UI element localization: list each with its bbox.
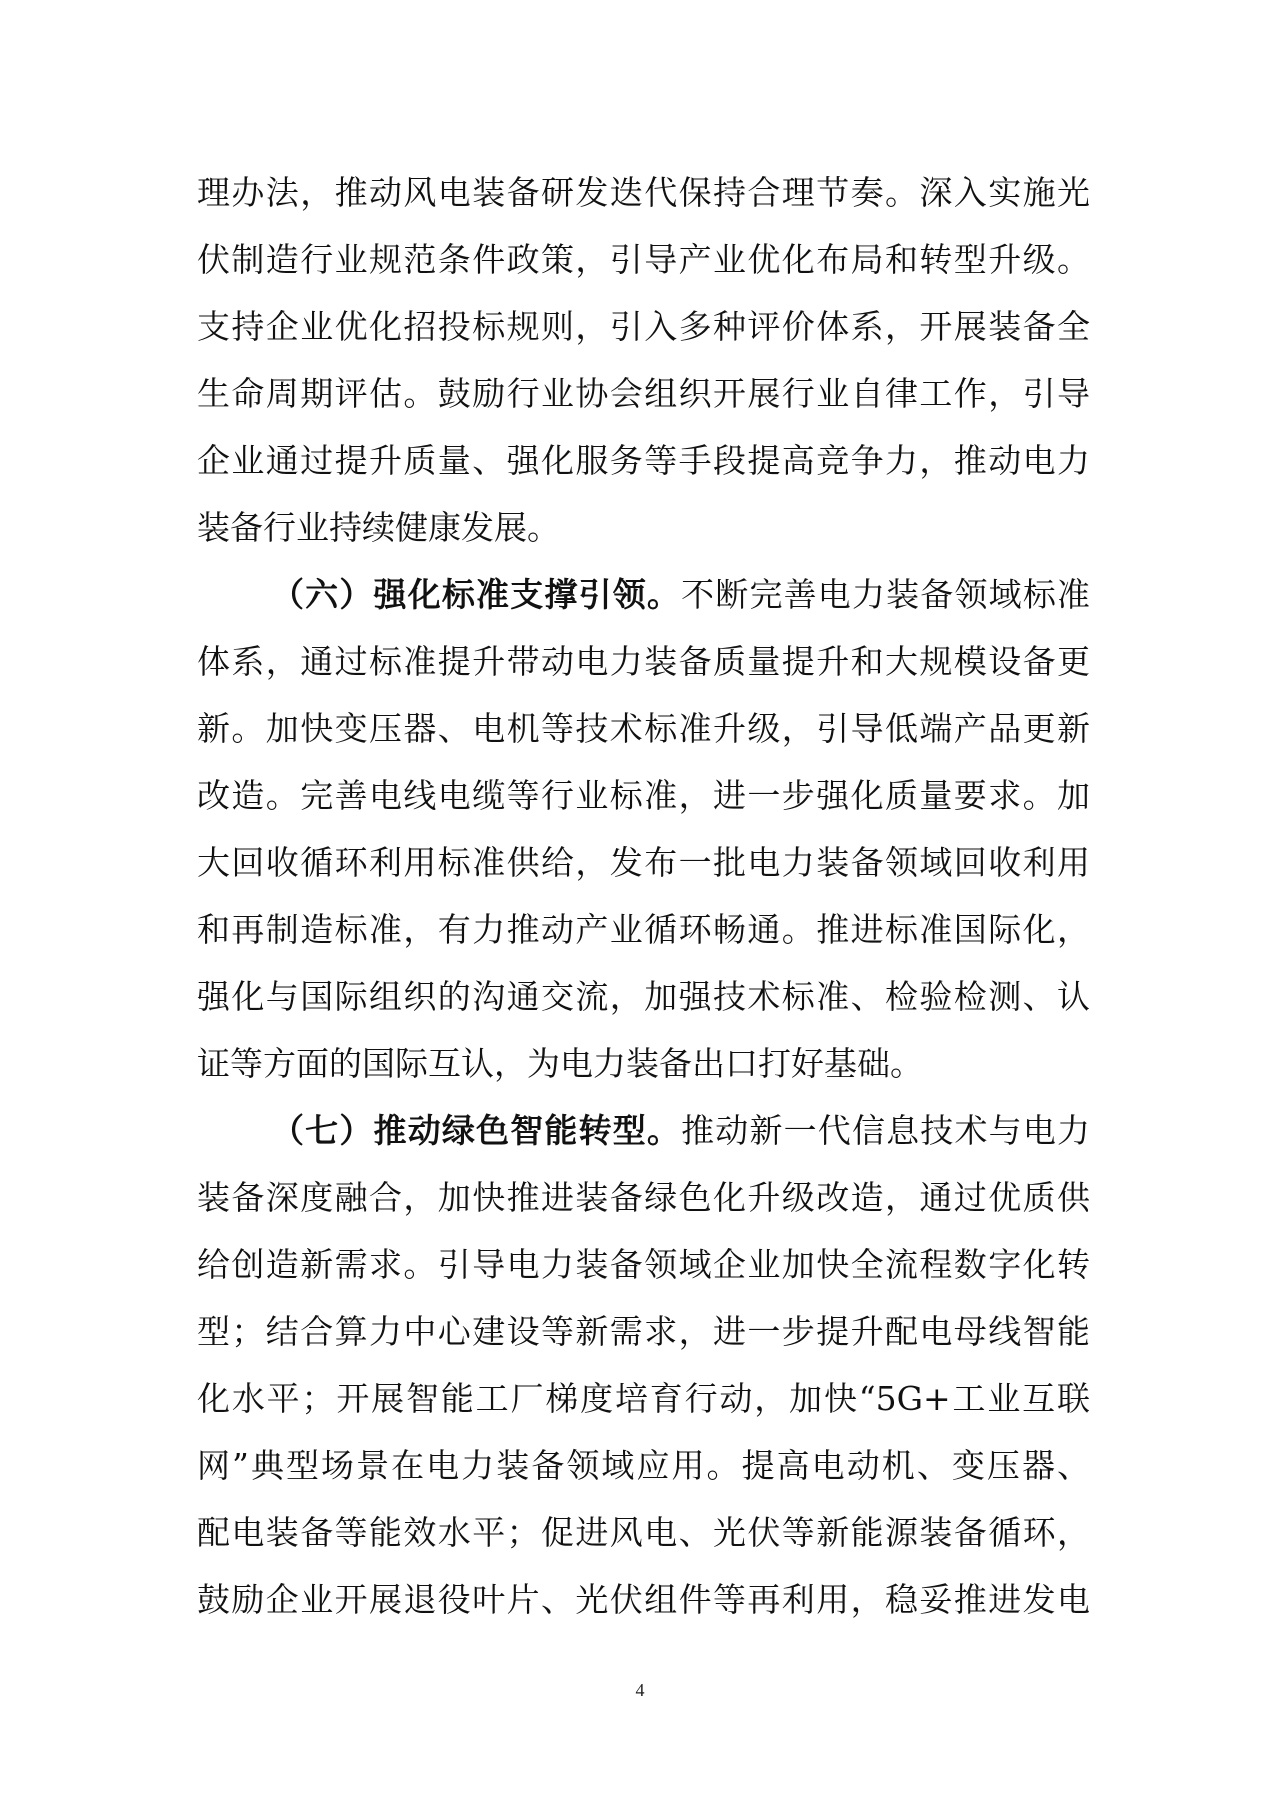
paragraph-text: 不断完善电力装备领域标准 — [681, 575, 1090, 614]
paragraph-line: 强化与国际组织的沟通交流，加强技术标准、检验检测、认 — [197, 975, 1090, 1019]
paragraph-line: 配电装备等能效水平；促进风电、光伏等新能源装备循环， — [197, 1511, 1090, 1555]
paragraph-line: 生命周期评估。鼓励行业协会组织开展行业自律工作，引导 — [197, 372, 1090, 416]
section-heading-line: （七）推动绿色智能转型。推动新一代信息技术与电力 — [271, 1109, 1090, 1153]
paragraph-line: 给创造新需求。引导电力装备领域企业加快全流程数字化转 — [197, 1243, 1090, 1287]
section-heading-line: （六）强化标准支撑引领。不断完善电力装备领域标准 — [271, 573, 1090, 617]
paragraph-line: 新。加快变压器、电机等技术标准升级，引导低端产品更新 — [197, 707, 1090, 751]
page-number: 4 — [620, 1680, 660, 1701]
paragraph-line: 企业通过提升质量、强化服务等手段提高竞争力，推动电力 — [197, 439, 1090, 483]
paragraph-line: 装备行业持续健康发展。 — [197, 506, 1090, 550]
paragraph-line: 大回收循环利用标准供给，发布一批电力装备领域回收利用 — [197, 841, 1090, 885]
section-heading: （七）推动绿色智能转型。 — [271, 1111, 681, 1150]
paragraph-line: 理办法，推动风电装备研发迭代保持合理节奏。深入实施光 — [197, 171, 1090, 215]
paragraph-line: 证等方面的国际互认，为电力装备出口打好基础。 — [197, 1042, 1090, 1086]
section-heading: （六）强化标准支撑引领。 — [271, 575, 681, 614]
paragraph-line: 鼓励企业开展退役叶片、光伏组件等再利用，稳妥推进发电 — [197, 1578, 1090, 1622]
paragraph-line: 和再制造标准，有力推动产业循环畅通。推进标准国际化， — [197, 908, 1090, 952]
paragraph-line: 支持企业优化招投标规则，引入多种评价体系，开展装备全 — [197, 305, 1090, 349]
paragraph-text: 推动新一代信息技术与电力 — [681, 1111, 1090, 1150]
paragraph-line: 伏制造行业规范条件政策，引导产业优化布局和转型升级。 — [197, 238, 1090, 282]
paragraph-line: 型；结合算力中心建设等新需求，进一步提升配电母线智能 — [197, 1310, 1090, 1354]
paragraph-line: 网”典型场景在电力装备领域应用。提高电动机、变压器、 — [197, 1444, 1090, 1488]
paragraph-line: 体系，通过标准提升带动电力装备质量提升和大规模设备更 — [197, 640, 1090, 684]
document-page: 理办法，推动风电装备研发迭代保持合理节奏。深入实施光 伏制造行业规范条件政策，引… — [0, 0, 1280, 1810]
paragraph-line: 化水平；开展智能工厂梯度培育行动，加快“5G+工业互联 — [197, 1377, 1090, 1421]
paragraph-line: 改造。完善电线电缆等行业标准，进一步强化质量要求。加 — [197, 774, 1090, 818]
paragraph-line: 装备深度融合，加快推进装备绿色化升级改造，通过优质供 — [197, 1176, 1090, 1220]
